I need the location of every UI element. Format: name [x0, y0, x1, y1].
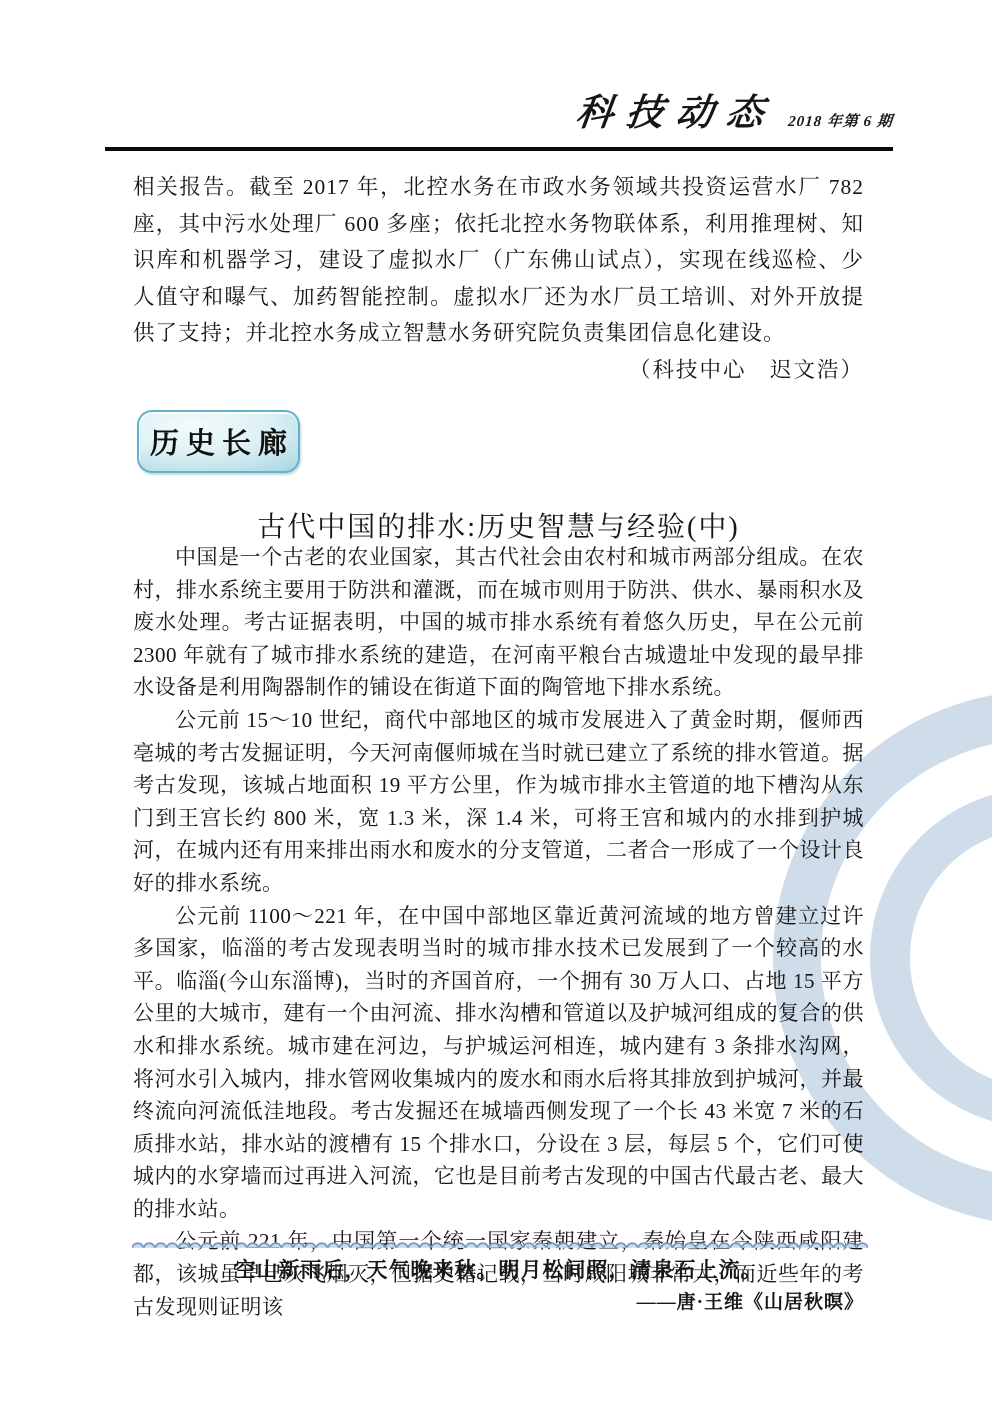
- article-paragraph: 中国是一个古老的农业国家，其古代社会由农村和城市两部分组成。在农村，排水系统主要…: [133, 541, 864, 704]
- intro-block: 相关报告。截至 2017 年，北控水务在市政水务领域共投资运营水厂 782 座，…: [133, 169, 864, 388]
- intro-paragraph: 相关报告。截至 2017 年，北控水务在市政水务领域共投资运营水厂 782 座，…: [133, 169, 864, 352]
- page-header: 科技动态 2018 年第 6 期: [105, 94, 893, 135]
- article-title: 古代中国的排水:历史智慧与经验(中): [133, 505, 864, 545]
- section-badge: 历史长廊: [137, 410, 300, 473]
- page: 科技动态 2018 年第 6 期 相关报告。截至 2017 年，北控水务在市政水…: [0, 0, 992, 1403]
- journal-title: 科技动态: [574, 94, 779, 135]
- wave-divider: [132, 1237, 868, 1250]
- article-paragraph: 公元前 1100～221 年，在中国中部地区靠近黄河流域的地方曾建立过许多国家，…: [133, 900, 864, 1226]
- footer-quote: 空山新雨后，天气晚来秋。明月松间照，清泉石上流。: [133, 1254, 864, 1284]
- journal-issue: 2018 年第 6 期: [787, 110, 894, 135]
- article-paragraph: 公元前 15～10 世纪，商代中部地区的城市发展进入了黄金时期，偃师西亳城的考古…: [133, 704, 864, 900]
- article-body: 中国是一个古老的农业国家，其古代社会由农村和城市两部分组成。在农村，排水系统主要…: [133, 541, 864, 1323]
- intro-byline: （科技中心 迟文浩）: [133, 352, 864, 389]
- watermark-inner-ring: [890, 808, 992, 1108]
- header-rule: [105, 147, 893, 151]
- footer-attribution: ——唐·王维《山居秋暝》: [133, 1287, 864, 1314]
